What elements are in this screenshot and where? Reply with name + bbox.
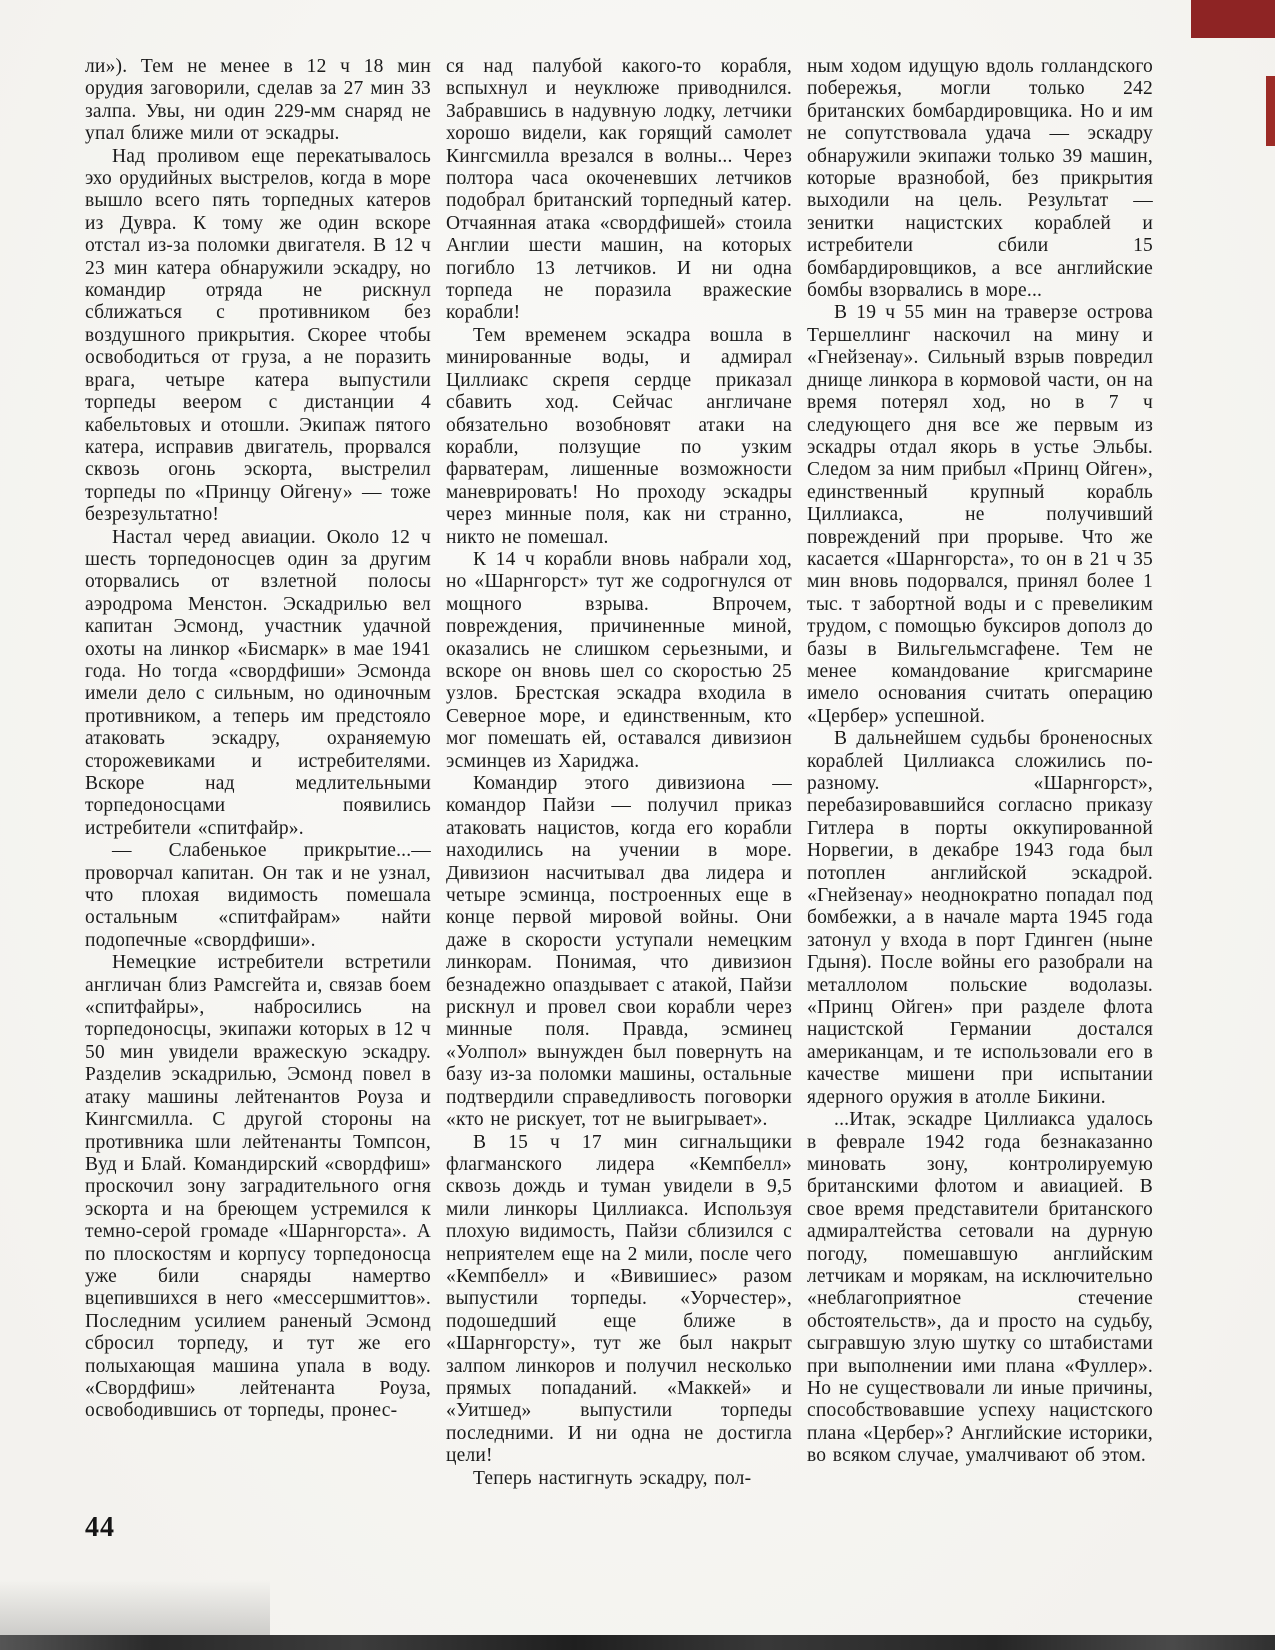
scan-edge-bar <box>0 1635 1275 1650</box>
text-column-3: ным ходом идущую вдоль голландского побе… <box>807 56 1153 1490</box>
paragraph: Немецкие истребители встретили англичан … <box>85 952 431 1423</box>
paragraph: В 15 ч 17 мин сигнальщики флагманского л… <box>446 1132 792 1468</box>
paragraph: ли»). Тем не менее в 12 ч 18 мин орудия … <box>85 56 431 146</box>
red-corner-print-mark <box>1191 0 1275 38</box>
paragraph: Тем временем эскадра вошла в минированны… <box>446 325 792 549</box>
paragraph: ся над палубой какого-то корабля, вспыхн… <box>446 56 792 325</box>
paragraph: Теперь настигнуть эскадру, пол- <box>446 1468 792 1490</box>
paragraph: Командир этого дивизиона — командор Пайз… <box>446 773 792 1132</box>
paragraph: — Слабенькое прикрытие...— проворчал кап… <box>85 840 431 952</box>
paragraph: В дальнейшем судьбы броненосных кораблей… <box>807 728 1153 1109</box>
article-body: ли»). Тем не менее в 12 ч 18 мин орудия … <box>85 56 1153 1490</box>
red-edge-print-strip <box>1266 76 1275 146</box>
paragraph: К 14 ч корабли вновь набрали ход, но «Ша… <box>446 549 792 773</box>
paragraph: Настал черед авиации. Около 12 ч шесть т… <box>85 527 431 841</box>
scan-smudge <box>0 1580 270 1635</box>
paragraph: ...Итак, эскадре Циллиакса удалось в фев… <box>807 1109 1153 1468</box>
text-column-1: ли»). Тем не менее в 12 ч 18 мин орудия … <box>85 56 431 1490</box>
page-number: 44 <box>85 1512 115 1544</box>
magazine-page: ли»). Тем не менее в 12 ч 18 мин орудия … <box>0 0 1275 1650</box>
text-column-2: ся над палубой какого-то корабля, вспыхн… <box>446 56 792 1490</box>
paragraph: ным ходом идущую вдоль голландского побе… <box>807 56 1153 302</box>
paragraph: Над проливом еще перекатывалось эхо оруд… <box>85 146 431 527</box>
paragraph: В 19 ч 55 мин на траверзе острова Тершел… <box>807 302 1153 728</box>
